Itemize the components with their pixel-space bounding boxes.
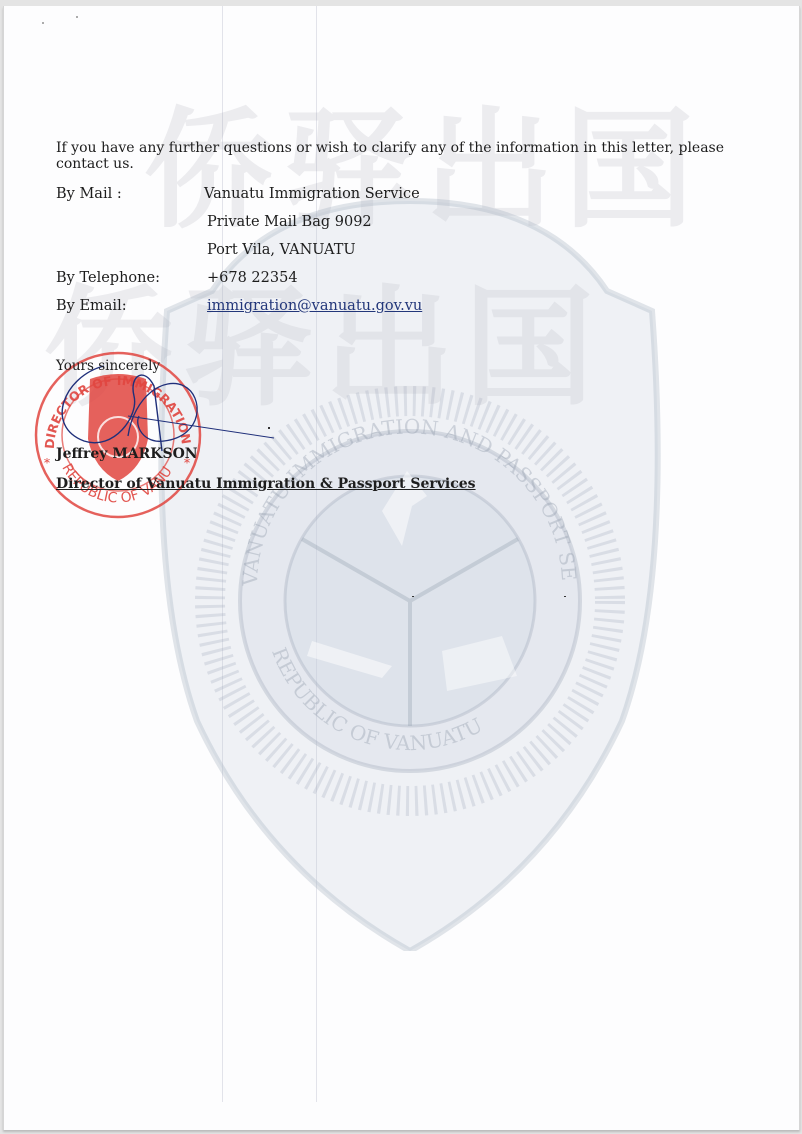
official-stamp: DIRECTOR OF IMMIGRATION & PASSPORT SERVI… bbox=[32, 349, 204, 521]
immigration-emblem-watermark: VANUATU IMMIGRATION AND PASSPORT SERVICE… bbox=[152, 181, 667, 951]
scan-speck bbox=[42, 22, 44, 24]
scan-speck bbox=[412, 596, 414, 597]
scan-speck bbox=[76, 16, 78, 18]
contact-value-mail-line3: Port Vila, VANUATU bbox=[207, 242, 356, 258]
contact-value-telephone: +678 22354 bbox=[207, 270, 298, 286]
letter-page: 侨驿出国 侨驿出国 VANUATU IMMIGRATION AND PASSPO… bbox=[3, 6, 800, 1130]
scan-speck bbox=[564, 596, 566, 597]
svg-text:*: * bbox=[44, 456, 50, 470]
contact-value-mail-line1: Vanuatu Immigration Service bbox=[204, 186, 420, 202]
contact-value-mail-line2: Private Mail Bag 9092 bbox=[207, 214, 372, 230]
email-link[interactable]: immigration@vanuatu.gov.vu bbox=[207, 298, 422, 314]
scan-speck bbox=[268, 427, 270, 429]
contact-label-email: By Email: bbox=[56, 298, 127, 314]
closing-salutation: Yours sincerely bbox=[56, 358, 160, 374]
intro-paragraph: If you have any further questions or wis… bbox=[56, 140, 776, 172]
contact-label-telephone: By Telephone: bbox=[56, 270, 160, 286]
signatory-name: Jeffrey MARKSON bbox=[56, 446, 198, 462]
contact-label-mail: By Mail : bbox=[56, 186, 122, 202]
svg-text:REPUBLIC OF VANUATU: REPUBLIC OF VANUATU bbox=[267, 644, 486, 755]
signatory-title: Director of Vanuatu Immigration & Passpo… bbox=[56, 476, 476, 492]
